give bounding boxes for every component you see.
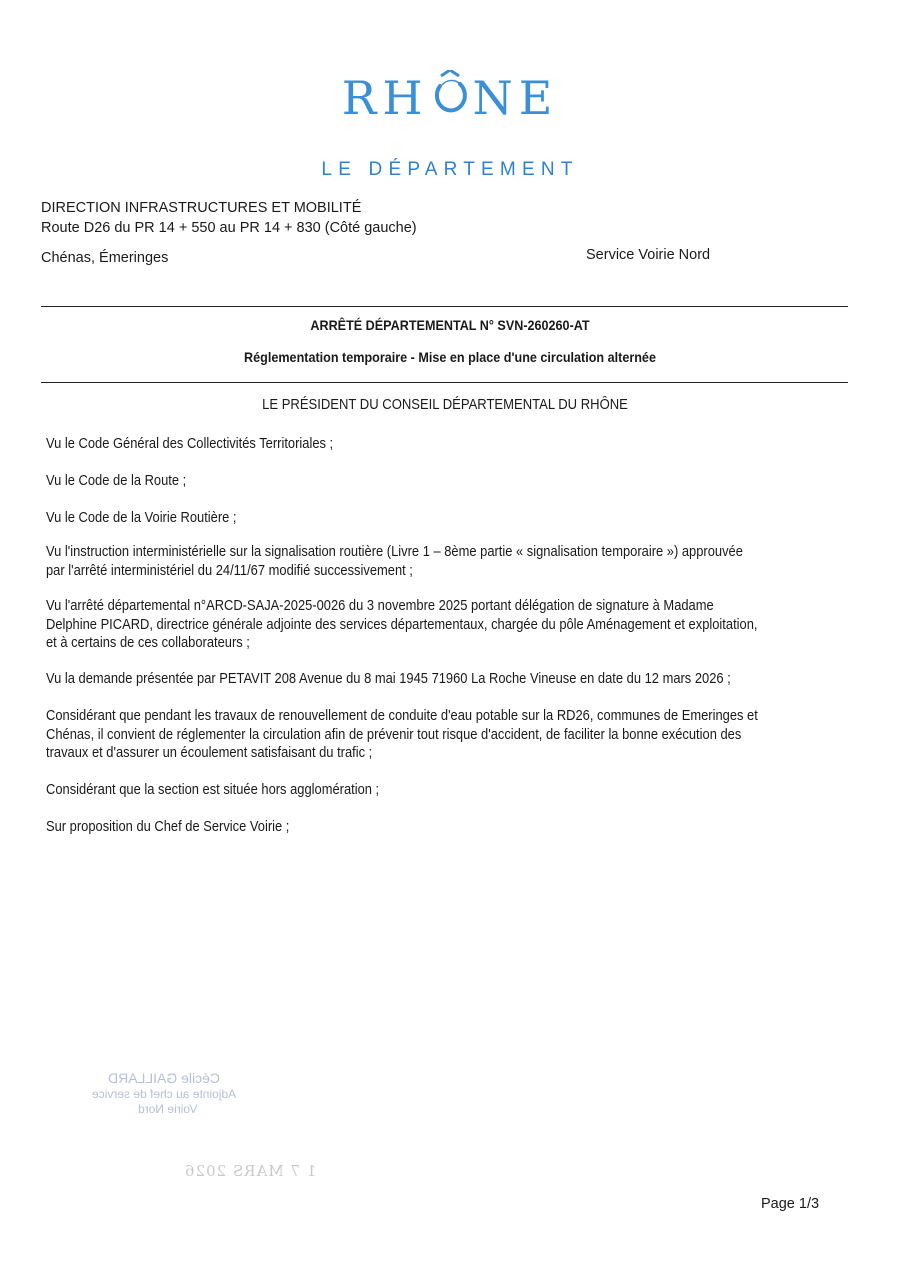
authority-heading: LE PRÉSIDENT DU CONSEIL DÉPARTEMENTAL DU… [45,397,846,413]
communes-label: Chénas, Émeringes [41,250,168,266]
ghost-signature-service: Voirie Nord [138,1102,197,1116]
top-rule [41,306,848,307]
proposition-paragraph: Sur proposition du Chef de Service Voiri… [46,818,843,837]
considerant-paragraph: Considérant que pendant les travaux de r… [46,707,843,763]
arrete-number: ARRÊTÉ DÉPARTEMENTAL N° SVN-260260-AT [45,317,855,333]
logo-o-circle-icon [432,70,468,114]
logo-text-right: NE [472,71,558,125]
page-number: Page 1/3 [761,1196,819,1212]
route-label: Route D26 du PR 14 + 550 au PR 14 + 830 … [41,220,417,236]
logo-text-left: RH [342,71,429,125]
arrete-subject: Réglementation temporaire - Mise en plac… [45,349,855,365]
service-label: Service Voirie Nord [586,247,710,263]
visa-paragraph: Vu l'arrêté départemental n°ARCD-SAJA-20… [46,597,843,653]
considerant-paragraph: Considérant que la section est située ho… [46,781,843,800]
logo-subtitle: LE DÉPARTEMENT [300,159,600,181]
visa-paragraph: Vu le Code Général des Collectivités Ter… [46,435,843,454]
visa-paragraph: Vu le Code de la Route ; [46,472,843,491]
logo-wordmark: RH NE [300,70,600,125]
ghost-date-stamp: 1 7 MARS 2026 [184,1162,316,1180]
visa-paragraph: Vu le Code de la Voirie Routière ; [46,509,843,528]
ghost-signature-name: Cécile GAILLARD [108,1070,220,1086]
direction-label: DIRECTION INFRASTRUCTURES ET MOBILITÉ [41,200,361,216]
rhone-logo: RH NE LE DÉPARTEMENT [300,44,600,184]
visa-paragraph: Vu la demande présentée par PETAVIT 208 … [46,670,843,689]
bottom-rule [41,382,848,383]
visa-paragraph: Vu l'instruction interministérielle sur … [46,543,843,580]
ghost-signature-role: Adjointe au chef de service [92,1087,236,1101]
